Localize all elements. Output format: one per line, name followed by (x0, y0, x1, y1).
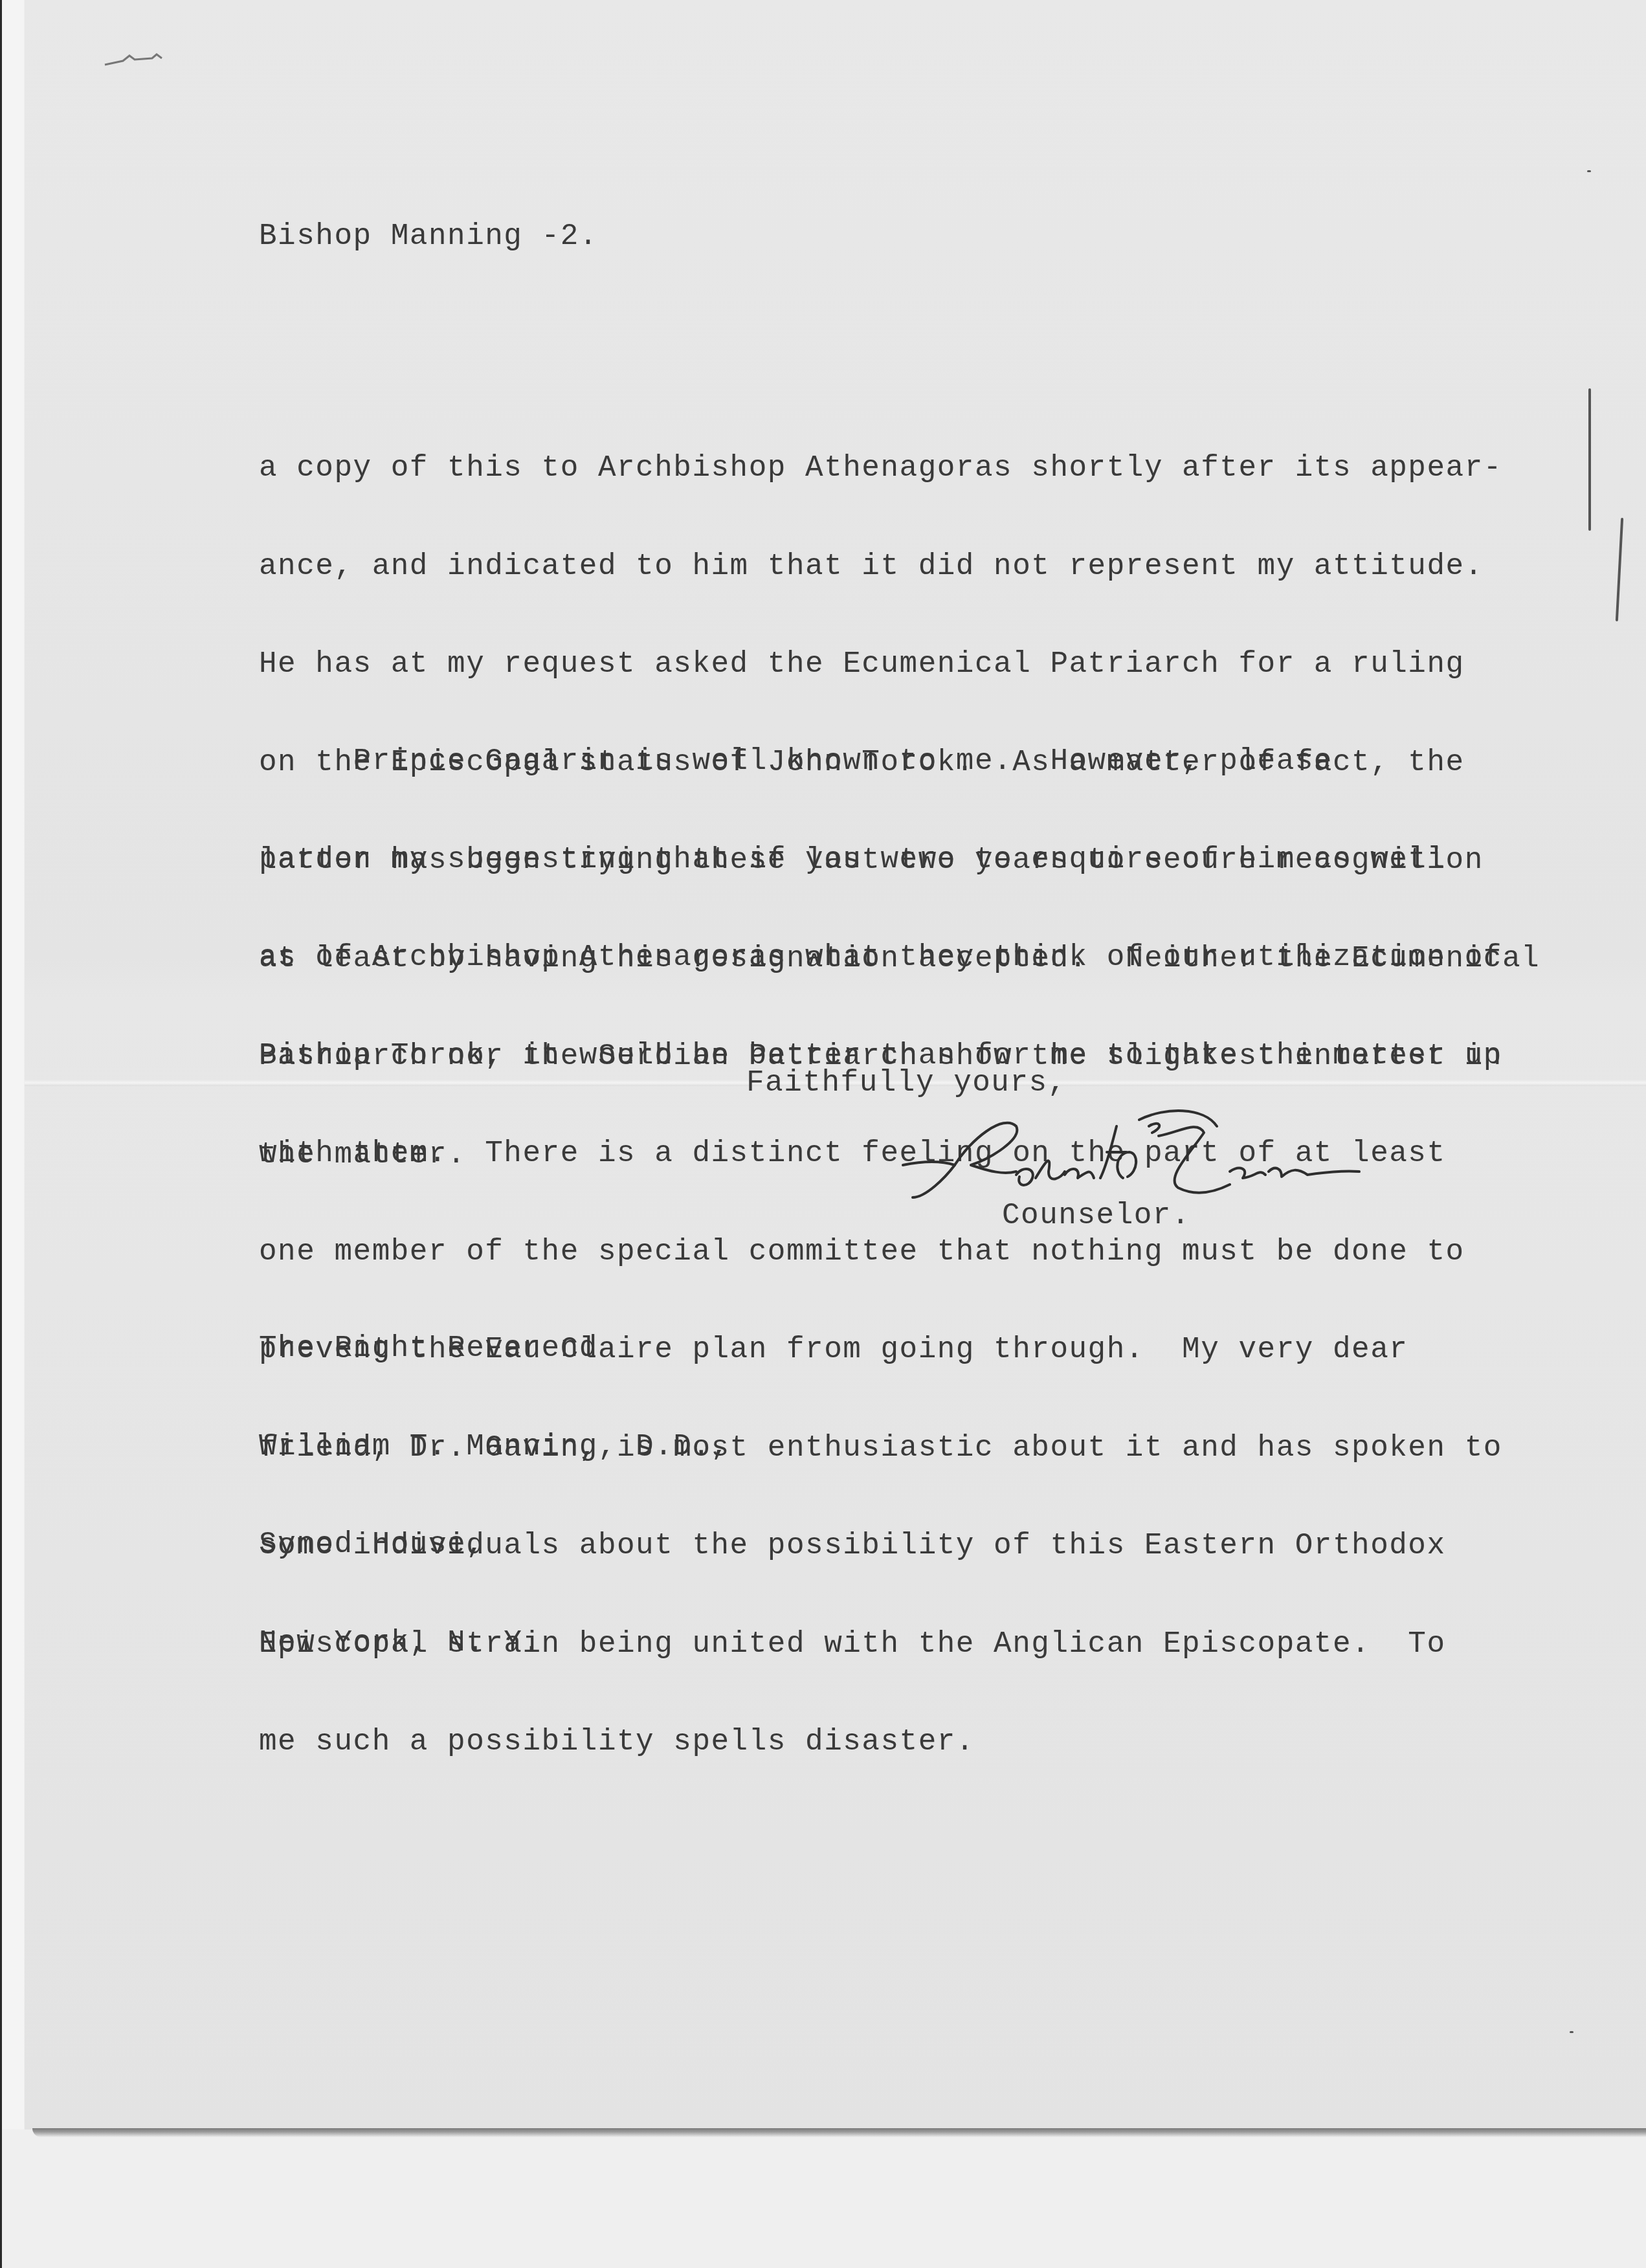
text-line: a copy of this to Archbishop Athenagoras… (259, 452, 1540, 485)
address-line: New York, N. Y. (259, 1627, 730, 1660)
scanner-margin (2, 0, 24, 2129)
closing-salutation: Faithfully yours, (746, 1067, 1067, 1100)
page-header: Bishop Manning -2. (259, 220, 598, 253)
text-line: Prince Gagarin is well known to me. Howe… (259, 745, 1502, 778)
address-line: The Right Reverend (259, 1332, 730, 1365)
address-line: Synod House, (259, 1528, 730, 1561)
paper-tear-mark (104, 53, 168, 66)
address-line: William T. Manning, D.D., (259, 1430, 730, 1463)
text-line: He has at my request asked the Ecumenica… (259, 648, 1540, 681)
paper-bottom-shadow (32, 2128, 1646, 2137)
margin-pencil-mark (1588, 388, 1591, 531)
signer-title: Counselor. (1002, 1199, 1190, 1232)
text-line: ance, and indicated to him that it did n… (259, 550, 1540, 583)
text-line: me such a possibility spells disaster. (259, 1726, 1502, 1759)
text-line: pardon my suggesting that if you were to… (259, 843, 1502, 876)
recipient-address: The Right Reverend William T. Manning, D… (259, 1267, 730, 1692)
paper-speck (1570, 2031, 1574, 2033)
text-line: as of Archbishop Athenagoras what they t… (259, 941, 1502, 974)
handwritten-signature (893, 1100, 1372, 1204)
paper-speck (1587, 170, 1591, 172)
text-line: one member of the special committee that… (259, 1236, 1502, 1269)
